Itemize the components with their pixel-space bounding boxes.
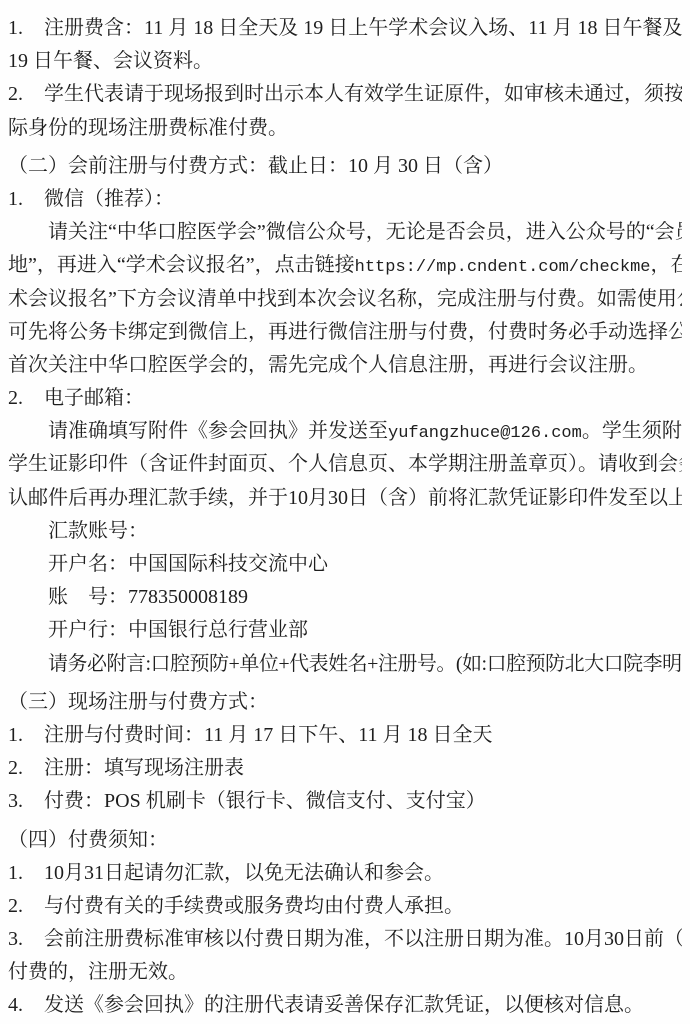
document-page: 1.注册费含：11 月 18 日全天及 19 日上午学术会议入场、11 月 18… [0,0,690,1024]
section-heading-line: （三）现场注册与付费方式： [8,686,682,719]
list-item-number: 1. [8,183,44,216]
text-line: 汇款账号： [8,515,682,548]
line-text: 付费的，注册无效。 [8,961,188,983]
line-text: 与付费有关的手续费或服务费均由付费人承担。 [44,895,464,917]
line-text: 账 号：778350008189 [48,586,248,608]
line-text: （四）付费须知： [8,829,168,851]
line-text: （三）现场注册与付费方式： [8,691,268,713]
text-line: 请务必附言:口腔预防+单位+代表姓名+注册号。(如:口腔预防北大口院李明 X00… [8,648,682,681]
line-text: 微信（推荐）： [44,188,174,210]
text-line: 请准确填写附件《参会回执》并发送至yufangzhuce@126.com。学生须… [8,415,682,448]
line-text: 19 日午餐、会议资料。 [8,50,213,72]
document-body: 1.注册费含：11 月 18 日全天及 19 日上午学术会议入场、11 月 18… [8,12,682,1023]
section-heading-line: （二）会前注册与付费方式：截止日：10 月 30 日（含） [8,150,682,183]
line-text: 汇款账号： [48,520,148,542]
list-item-number: 3. [8,923,44,956]
line-text: 开户名：中国国际科技交流中心 [48,553,328,575]
line-text: 首次关注中华口腔医学会的，需先完成个人信息注册，再进行会议注册。 [8,354,648,376]
line-text: ，在“学 [651,254,683,276]
text-line: 19 日午餐、会议资料。 [8,45,682,78]
text-line: 1.微信（推荐）： [8,183,682,216]
text-line: 地”，再进入“学术会议报名”，点击链接https://mp.cndent.com… [8,249,682,282]
line-text: 会前注册费标准审核以付费日期为准，不以注册日期为准。10月30日前（含）未 [44,928,682,950]
wechat-registration-url: https://mp.cndent.com/checkme [355,258,651,277]
line-text: 。学生须附本人有效 [582,420,682,442]
text-line: 际身份的现场注册费标准付费。 [8,112,682,145]
list-item-number: 2. [8,78,44,111]
line-text: 10月31日起请勿汇款，以免无法确认和参会。 [44,862,444,884]
line-text: 请务必附言:口腔预防+单位+代表姓名+注册号。(如:口腔预防北大口院李明 X00… [48,653,682,675]
text-line: 3.会前注册费标准审核以付费日期为准，不以注册日期为准。10月30日前（含）未 [8,923,682,956]
list-item-number: 2. [8,752,44,785]
line-text: 电子邮箱： [44,387,144,409]
list-item-number: 1. [8,12,44,45]
line-text: 地”，再进入“学术会议报名”，点击链接 [8,254,355,276]
text-line: 付费的，注册无效。 [8,956,682,989]
text-line: 2.学生代表请于现场报到时出示本人有效学生证原件，如审核未通过，须按符合实 [8,78,682,111]
line-text: 发送《参会回执》的注册代表请妥善保存汇款凭证，以便核对信息。 [44,994,644,1016]
text-line: 首次关注中华口腔医学会的，需先完成个人信息注册，再进行会议注册。 [8,349,682,382]
text-line: 1.注册与付费时间：11 月 17 日下午、11 月 18 日全天 [8,719,682,752]
section-heading-line: （四）付费须知： [8,824,682,857]
list-item-number: 1. [8,719,44,752]
line-text: 开户行：中国银行总行营业部 [48,619,308,641]
line-text: 术会议报名”下方会议清单中找到本次会议名称，完成注册与付费。如需使用公务卡， [8,288,682,310]
text-line: 4.发送《参会回执》的注册代表请妥善保存汇款凭证，以便核对信息。 [8,989,682,1022]
line-text: 可先将公务卡绑定到微信上，再进行微信注册与付费，付费时务必手动选择公务卡。 [8,321,682,343]
text-line: 可先将公务卡绑定到微信上，再进行微信注册与付费，付费时务必手动选择公务卡。 [8,316,682,349]
line-text: 认邮件后再办理汇款手续，并于10月30日（含）前将汇款凭证影印件发至以上邮箱。 [8,487,682,509]
line-text: 学生证影印件（含证件封面页、个人信息页、本学期注册盖章页）。请收到会务组确 [8,453,682,475]
line-text: 注册与付费时间：11 月 17 日下午、11 月 18 日全天 [44,724,493,746]
text-line: 1.10月31日起请勿汇款，以免无法确认和参会。 [8,857,682,890]
list-item-number: 3. [8,785,44,818]
text-line: 开户行：中国银行总行营业部 [8,614,682,647]
text-line: 开户名：中国国际科技交流中心 [8,548,682,581]
line-text: 付费：POS 机刷卡（银行卡、微信支付、支付宝） [44,790,486,812]
list-item-number: 4. [8,989,44,1022]
list-item-number: 1. [8,857,44,890]
list-item-number: 2. [8,890,44,923]
text-line: 2.电子邮箱： [8,382,682,415]
text-line: 2.注册：填写现场注册表 [8,752,682,785]
text-line: 1.注册费含：11 月 18 日全天及 19 日上午学术会议入场、11 月 18… [8,12,682,45]
line-text: 际身份的现场注册费标准付费。 [8,117,288,139]
line-text: 请关注“中华口腔医学会”微信公众号，无论是否会员，进入公众号的“会员天 [48,221,682,243]
line-text: 注册：填写现场注册表 [44,757,244,779]
line-text: （二）会前注册与付费方式：截止日：10 月 30 日（含） [8,155,503,177]
text-line: 术会议报名”下方会议清单中找到本次会议名称，完成注册与付费。如需使用公务卡， [8,283,682,316]
text-line: 账 号：778350008189 [8,581,682,614]
list-item-number: 2. [8,382,44,415]
contact-email: yufangzhuce@126.com [388,424,582,443]
text-line: 认邮件后再办理汇款手续，并于10月30日（含）前将汇款凭证影印件发至以上邮箱。 [8,482,682,515]
line-text: 学生代表请于现场报到时出示本人有效学生证原件，如审核未通过，须按符合实 [44,83,682,105]
text-line: 2.与付费有关的手续费或服务费均由付费人承担。 [8,890,682,923]
text-line: 请关注“中华口腔医学会”微信公众号，无论是否会员，进入公众号的“会员天 [8,216,682,249]
line-text: 请准确填写附件《参会回执》并发送至 [48,420,388,442]
text-line: 3.付费：POS 机刷卡（银行卡、微信支付、支付宝） [8,785,682,818]
text-line: 学生证影印件（含证件封面页、个人信息页、本学期注册盖章页）。请收到会务组确 [8,448,682,481]
line-text: 注册费含：11 月 18 日全天及 19 日上午学术会议入场、11 月 18 日… [44,17,682,39]
